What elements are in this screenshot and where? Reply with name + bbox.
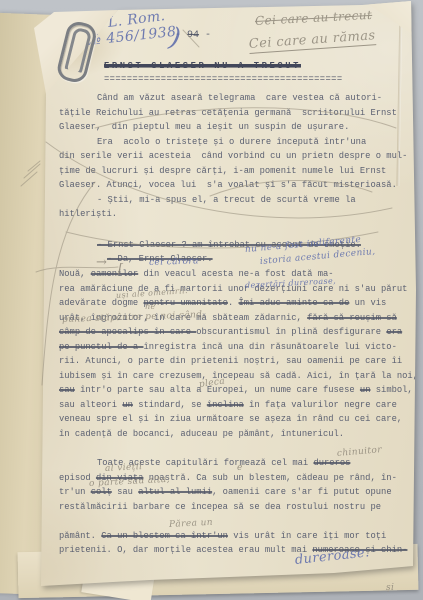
handwritten-annotation: → bbox=[96, 255, 107, 270]
handwritten-annotation: o parte sau alta, bbox=[89, 475, 170, 489]
handwritten-annotation: și bbox=[386, 583, 394, 593]
handwritten-annotation: al vieții bbox=[105, 462, 143, 474]
handwritten-annotation: Cei care au trecut bbox=[255, 8, 373, 28]
handwritten-annotation: pleca bbox=[198, 376, 226, 390]
handwritten-annotation: [ bbox=[118, 262, 123, 277]
handwritten-annotation: chinuitor bbox=[337, 445, 383, 459]
handwritten-annotation: e bbox=[237, 463, 243, 473]
handwritten-annotation: cei cărora bbox=[149, 256, 199, 268]
handwritten-annotation: dureroase. bbox=[294, 545, 370, 568]
handwritten-annotation: uși ale omenirii. bbox=[116, 286, 189, 300]
handwritten-annotation: dezertări dureroase, bbox=[245, 276, 337, 290]
handwritten-annotation: Părea un bbox=[169, 518, 214, 530]
handwritten-annotation: ne bbox=[145, 302, 156, 311]
handwritten-annotation: Cei care au rămas bbox=[248, 28, 376, 54]
photo-background: - 94 - ERNST GLAESER NU A TRECUT =======… bbox=[0, 0, 423, 600]
handwritten-annotations-layer: L. Rom.№ 456/1938)Cei care au trecutCei … bbox=[0, 0, 423, 600]
handwritten-annotation: punea stăpânire pe noi când, bbox=[62, 310, 206, 325]
